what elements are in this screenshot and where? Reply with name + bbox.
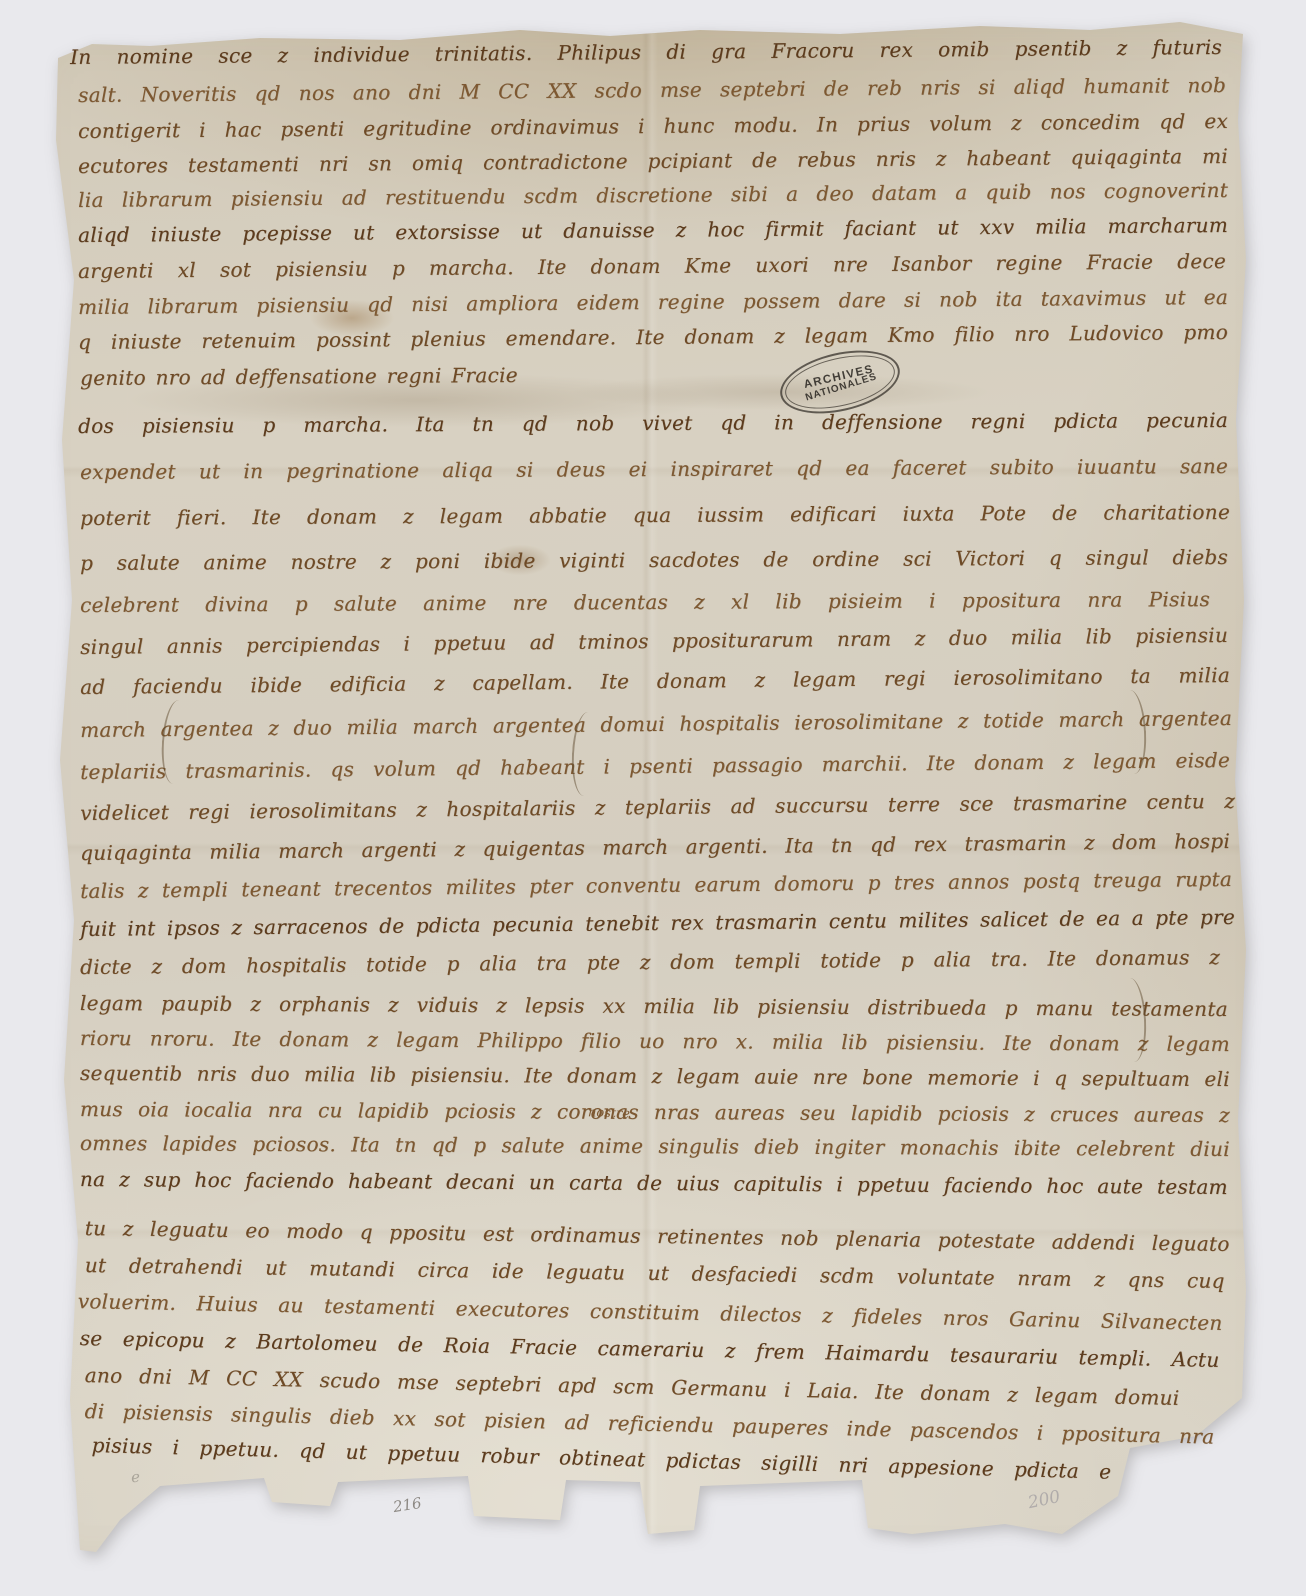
manuscript-line: salt. Noveritis qd nos ano dni M CC XX s… <box>78 72 1226 108</box>
manuscript-line: legam paupib z orphanis z viduis z lepsi… <box>80 990 1228 1022</box>
manuscript-line: lia librarum pisiensiu ad restituendu sc… <box>78 177 1228 213</box>
manuscript-line: teplariis trasmarinis. qs volum qd habea… <box>80 747 1230 785</box>
manuscript-line: dos pisiensiu p marcha. Ita tn qd nob vi… <box>78 407 1228 439</box>
manuscript-line: sequentib nris duo milia lib pisiensiu. … <box>80 1060 1230 1092</box>
manuscript-line: videlicet regi ierosolimitans z hospital… <box>80 788 1235 826</box>
manuscript-line: singul annis percipiendas i ppetuu ad tm… <box>80 622 1228 660</box>
manuscript-line: ad faciendu ibide edificia z capellam. I… <box>80 662 1230 700</box>
manuscript-line: argenti xl sot pisiensiu p marcha. Ite d… <box>78 248 1226 284</box>
manuscript-line: In nomine sce z individue trinitatis. Ph… <box>70 34 1222 70</box>
manuscript-line: omnes lapides pciosos. Ita tn qd p salut… <box>80 1130 1230 1162</box>
manuscript-line: aliqd iniuste pcepisse ut extorsisse ut … <box>78 212 1228 248</box>
manuscript-line: tu z leguatu eo modo q ppositu est ordin… <box>85 1215 1230 1257</box>
manuscript-line: rioru nroru. Ite donam z legam Philippo … <box>80 1025 1230 1057</box>
manuscript-line: dicte z dom hospitalis totide p alia tra… <box>80 944 1220 980</box>
manuscript-line: ut detrahendi ut mutandi circa ide legua… <box>85 1252 1225 1294</box>
pencil-mark-e: e <box>130 1468 140 1487</box>
manuscript-line: expendet ut in pegrinatione aliqa si deu… <box>80 453 1228 485</box>
manuscript-line: fuit int ipsos z sarracenos de pdicta pe… <box>80 904 1235 942</box>
stamp-text-line2: NATIONALES <box>804 372 878 404</box>
manuscript-line: quiqaginta milia march argenti z quigent… <box>80 828 1230 866</box>
manuscript-line: p salute anime nostre z poni ibide vigin… <box>80 544 1228 576</box>
manuscript-line: mus oia iocalia nra cu lapidib pciosis z… <box>80 1096 1230 1128</box>
manuscript-photograph: In nomine sce z individue trinitatis. Ph… <box>0 0 1306 1596</box>
manuscript-line: celebrent divina p salute anime nre duce… <box>80 586 1210 618</box>
manuscript-line: na z sup hoc faciendo habeant decani un … <box>80 1166 1228 1200</box>
manuscript-line: milia librarum pisiensiu qd nisi amplior… <box>78 284 1228 320</box>
manuscript-line: q iniuste retenuim possint plenius emend… <box>78 319 1228 355</box>
manuscript-line: march argentea z duo milia march argente… <box>80 705 1232 743</box>
manuscript-line: ecutores testamenti nri sn omiq contradi… <box>78 143 1228 179</box>
handwritten-text-layer: In nomine sce z individue trinitatis. Ph… <box>0 0 1306 1596</box>
interlinear-insertion: nostre <box>588 1105 631 1121</box>
manuscript-line: genito nro ad deffensatione regni Fracie <box>80 362 518 391</box>
manuscript-line: poterit fieri. Ite donam z legam abbatie… <box>80 499 1230 531</box>
manuscript-line: talis z templi teneant trecentos milites… <box>80 866 1232 904</box>
manuscript-line: contigerit i hac psenti egritudine ordin… <box>78 108 1228 144</box>
